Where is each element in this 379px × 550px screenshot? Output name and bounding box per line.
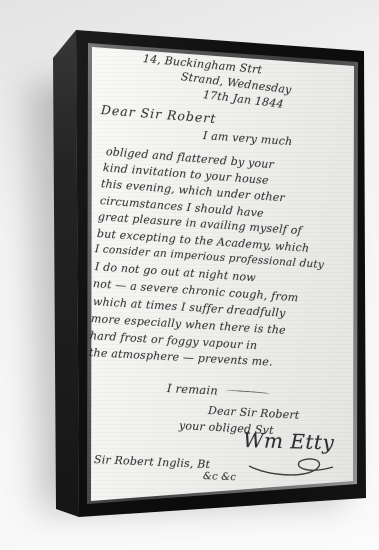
remain-flourish: [226, 389, 270, 395]
photo-framed-letter: 14, Buckingham Strt Strand, Wednesday 17…: [0, 0, 379, 550]
handwritten-letter: 14, Buckingham Strt Strand, Wednesday 17…: [93, 44, 355, 502]
letter-body-line: I am very much: [203, 129, 293, 148]
signature-flourish: [245, 454, 337, 482]
letter-salutation: Dear Sir Robert: [100, 102, 216, 126]
letter-closing-remain: I remain: [167, 381, 219, 398]
recipient-etc: &c &c: [203, 471, 237, 483]
recipient-name: Sir Robert Inglis, Bt: [94, 453, 211, 471]
signature: Wm Etty: [243, 428, 335, 454]
letter-closing-dear: Dear Sir Robert: [208, 404, 300, 422]
